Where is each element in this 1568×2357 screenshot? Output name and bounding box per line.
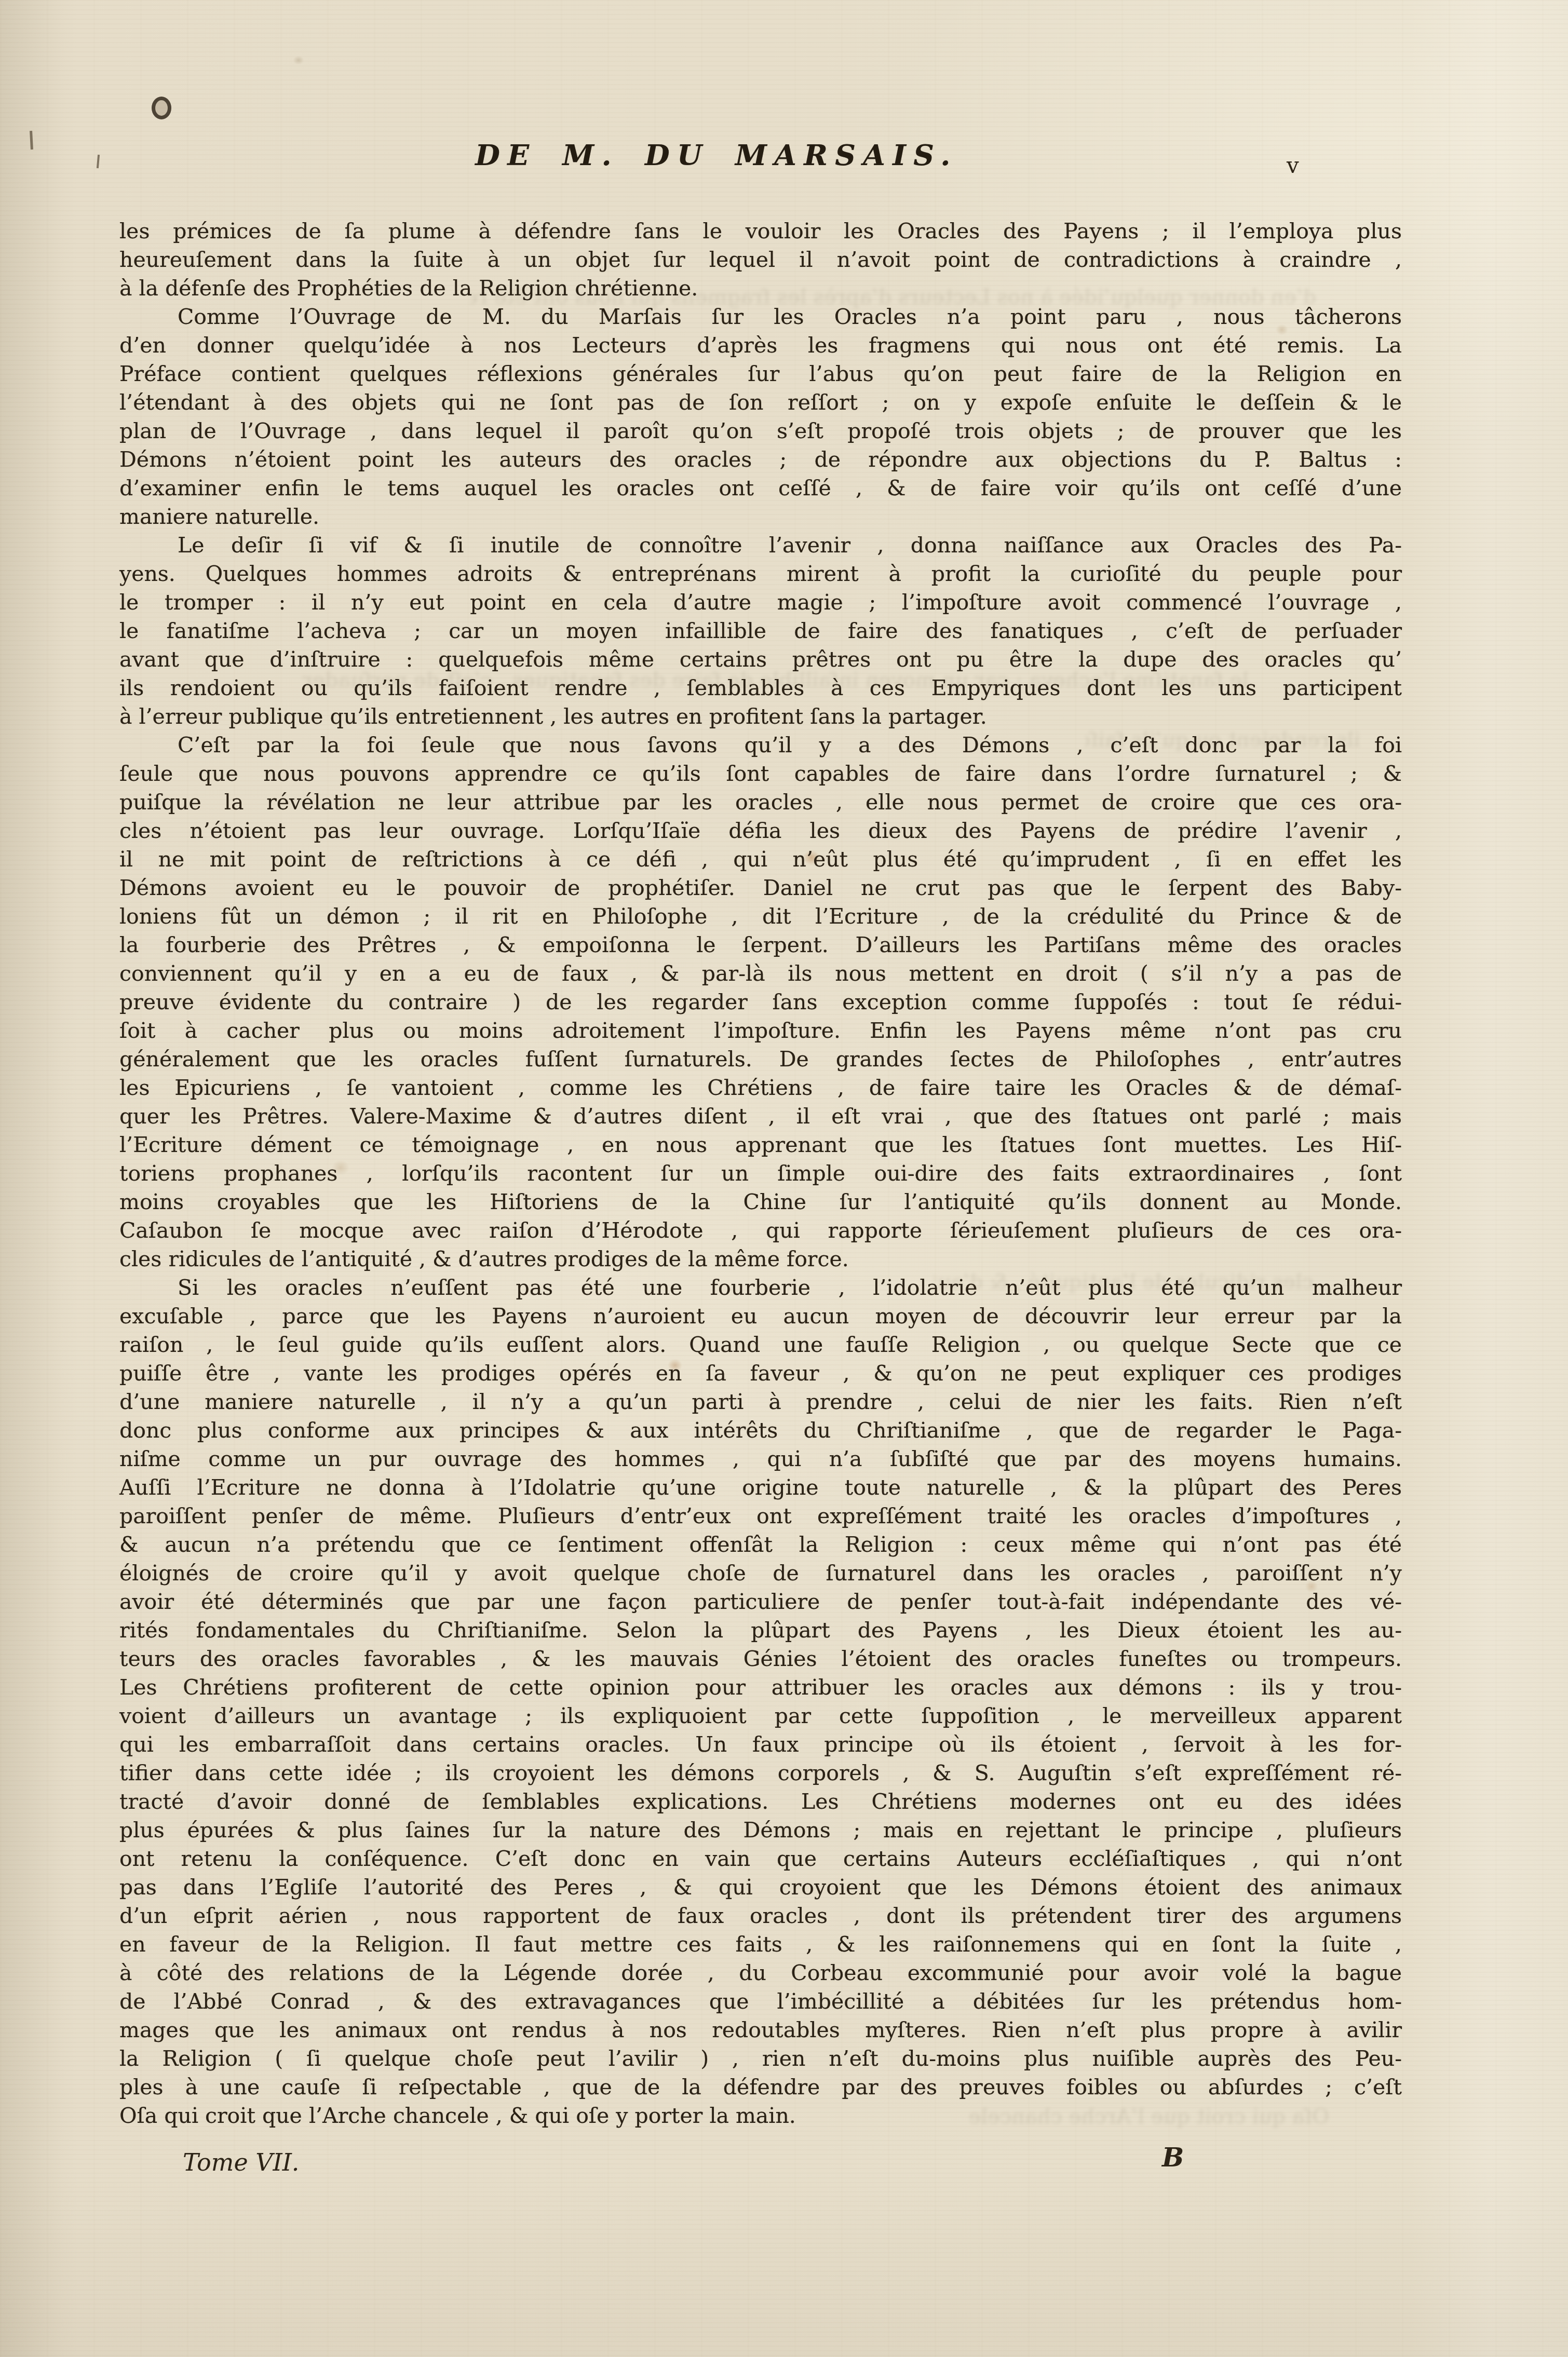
text-line: Si les oracles n’euſſent pas été une fou…	[119, 1274, 1402, 1302]
text-line: conviennent qu’il y en a eu de faux , & …	[119, 959, 1402, 988]
text-line: Préface contient quelques réflexions gén…	[119, 360, 1402, 388]
text-line: raiſon , le ſeul guide qu’ils euſſent al…	[119, 1331, 1402, 1359]
text-line: yens. Quelques hommes adroits & entrepré…	[119, 560, 1402, 588]
text-line: d’un eſprit aérien , nous rapportent de …	[119, 1902, 1402, 1930]
text-line: toriens prophanes , lorſqu’ils racontent…	[119, 1159, 1402, 1188]
text-line: Caſaubon ſe mocque avec raiſon d’Hérodot…	[119, 1216, 1402, 1245]
text-line: Le deſir ſi vif & ſi inutile de connoîtr…	[119, 531, 1402, 560]
text-line: éloignés de croire qu’il y avoit quelque…	[119, 1559, 1402, 1588]
text-line: les prémices de ſa plume à défendre ſans…	[119, 217, 1402, 246]
text-line: généralement que les oracles fuſſent ſur…	[119, 1045, 1402, 1074]
text-line: Comme l’Ouvrage de M. du Marſais ſur les…	[119, 303, 1402, 331]
text-line: preuve évidente du contraire ) de les re…	[119, 988, 1402, 1017]
text-line: ils rendoient ou qu’ils faiſoient rendre…	[119, 674, 1402, 702]
text-line: & aucun n’a prétendu que ce ſentiment of…	[119, 1530, 1402, 1559]
text-line: Oſa qui croit que l’Arche chancele , & q…	[119, 2102, 1402, 2130]
paragraph: C’eſt par la foi ſeule que nous ſavons q…	[119, 731, 1402, 1274]
text-line: niſme comme un pur ouvrage des hommes , …	[119, 1445, 1402, 1473]
text-line: il ne mit point de reſtrictions à ce déf…	[119, 845, 1402, 874]
text-line: voient d’ailleurs un avantage ; ils expl…	[119, 1702, 1402, 1730]
text-line: plus épurées & plus ſaines ſur la nature…	[119, 1816, 1402, 1845]
body-text-block: les prémices de ſa plume à défendre ſans…	[119, 217, 1402, 2130]
text-line: de l’Abbé Conrad , & des extravagances q…	[119, 1987, 1402, 2016]
text-line: Les Chrétiens profiterent de cette opini…	[119, 1673, 1402, 1702]
running-head-title: DE M. DU MARSAIS.	[75, 138, 1358, 172]
text-line: cles ridicules de l’antiquité , & d’autr…	[119, 1245, 1402, 1274]
text-line: ſeule que nous pouvons apprendre ce qu’i…	[119, 760, 1402, 788]
scanned-book-page: d’en donner quelqu’idée à nos Lecteurs d…	[0, 0, 1568, 2357]
paragraph: les prémices de ſa plume à défendre ſans…	[119, 217, 1402, 303]
text-line: rités fondamentales du Chriſtianiſme. Se…	[119, 1616, 1402, 1645]
text-line: mages que les animaux ont rendus à nos r…	[119, 2016, 1402, 2044]
text-line: à l’erreur publique qu’ils entretiennent…	[119, 702, 1402, 731]
page-number: v	[1287, 153, 1299, 178]
text-line: en faveur de la Religion. Il faut mettre…	[119, 1930, 1402, 1959]
text-line: moins croyables que les Hiſtoriens de la…	[119, 1188, 1402, 1216]
text-line: Démons n’étoient point les auteurs des o…	[119, 445, 1402, 474]
text-line: paroiſſent penſer de même. Pluſieurs d’e…	[119, 1502, 1402, 1530]
paragraph: Comme l’Ouvrage de M. du Marſais ſur les…	[119, 303, 1402, 531]
text-line: qui les embarraſſoit dans certains oracl…	[119, 1730, 1402, 1759]
text-line: tifier dans cette idée ; ils croyoient l…	[119, 1759, 1402, 1787]
volume-label: Tome VII.	[183, 2148, 299, 2176]
text-line: ſoit à cacher plus ou moins adroitement …	[119, 1017, 1402, 1045]
text-line: excuſable , parce que les Payens n’auroi…	[119, 1302, 1402, 1331]
text-line: ont retenu la conſéquence. C’eſt donc en…	[119, 1845, 1402, 1873]
text-line: à la défenſe des Prophéties de la Religi…	[119, 274, 1402, 303]
text-line: plan de l’Ouvrage , dans lequel il paroî…	[119, 417, 1402, 445]
paragraph: Si les oracles n’euſſent pas été une fou…	[119, 1274, 1402, 2130]
text-line: C’eſt par la foi ſeule que nous ſavons q…	[119, 731, 1402, 760]
gathering-signature: B	[1162, 2142, 1184, 2173]
text-line: d’examiner enfin le tems auquel les orac…	[119, 474, 1402, 503]
ink-tick-artifact	[30, 131, 33, 150]
text-line: d’en donner quelqu’idée à nos Lecteurs d…	[119, 331, 1402, 360]
text-line: loniens fût un démon ; il rit en Philoſo…	[119, 902, 1402, 931]
text-line: cles n’étoient pas leur ouvrage. Lorſqu’…	[119, 817, 1402, 845]
text-line: la fourberie des Prêtres , & empoiſonna …	[119, 931, 1402, 959]
foxing-stain	[291, 54, 306, 66]
text-line: teurs des oracles favorables , & les mau…	[119, 1645, 1402, 1673]
text-line: l’Ecriture dément ce témoignage , en nou…	[119, 1131, 1402, 1159]
text-line: le tromper : il n’y eut point en cela d’…	[119, 588, 1402, 617]
text-line: puiſſe être , vante les prodiges opérés …	[119, 1359, 1402, 1388]
text-line: le fanatiſme l’acheva ; car un moyen inf…	[119, 617, 1402, 645]
text-line: l’étendant à des objets qui ne ſont pas …	[119, 388, 1402, 417]
text-line: la Religion ( ſi quelque choſe peut l’av…	[119, 2044, 1402, 2073]
text-line: Auſſi l’Ecriture ne donna à l’Idolatrie …	[119, 1473, 1402, 1502]
text-line: à côté des relations de la Légende dorée…	[119, 1959, 1402, 1987]
ink-blot-artifact	[152, 97, 171, 119]
text-line: donc plus conforme aux principes & aux i…	[119, 1416, 1402, 1445]
text-line: ples à une cauſe ſi reſpectable , que de…	[119, 2073, 1402, 2102]
text-line: puiſque la révélation ne leur attribue p…	[119, 788, 1402, 817]
text-line: heureuſement dans la ſuite à un objet ſu…	[119, 246, 1402, 274]
text-line: avoir été déterminés que par une façon p…	[119, 1588, 1402, 1616]
text-line: Démons avoient eu le pouvoir de prophéti…	[119, 874, 1402, 902]
text-line: les Epicuriens , ſe vantoient , comme le…	[119, 1074, 1402, 1102]
text-line: quer les Prêtres. Valere-Maxime & d’autr…	[119, 1102, 1402, 1131]
text-line: tracté d’avoir donné de ſemblables expli…	[119, 1787, 1402, 1816]
text-line: avant que d’inſtruire : quelquefois même…	[119, 645, 1402, 674]
text-line: maniere naturelle.	[119, 503, 1402, 531]
text-line: d’une maniere naturelle , il n’y a qu’un…	[119, 1388, 1402, 1416]
text-line: pas dans l’Egliſe l’autorité des Peres ,…	[119, 1873, 1402, 1902]
paragraph: Le deſir ſi vif & ſi inutile de connoîtr…	[119, 531, 1402, 731]
